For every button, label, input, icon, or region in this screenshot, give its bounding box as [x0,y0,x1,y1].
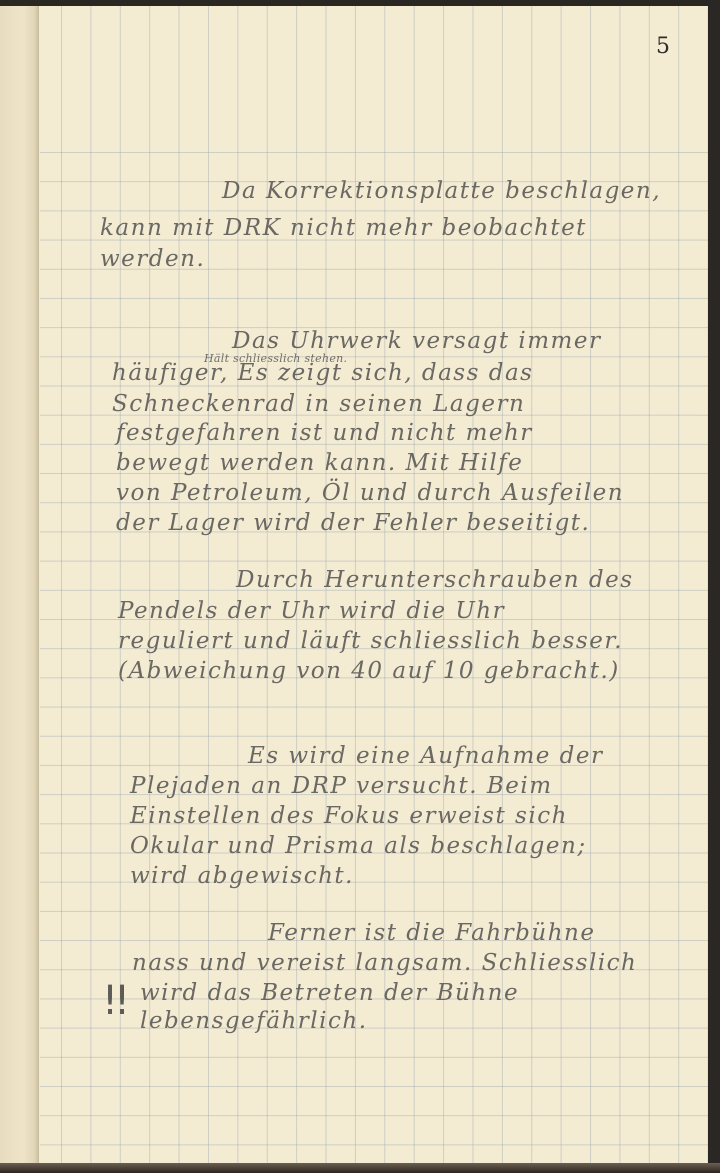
handwritten-line: Einstellen des Fokus erweist sich [130,803,568,829]
handwritten-line: wird abgewischt. [130,863,354,889]
handwritten-line: werden. [100,246,205,272]
handwritten-line: Pendels der Uhr wird die Uhr [118,598,505,624]
handwritten-line: Plejaden an DRP versucht. Beim [130,773,553,799]
page-binding-edge [0,6,39,1164]
handwritten-line: Okular und Prisma als beschlagen; [130,833,587,859]
handwritten-line: lebensgefährlich. [140,1008,368,1034]
handwritten-line: kann mit DRK nicht mehr beobachtet [100,215,587,241]
bottom-page-edge [0,1163,720,1173]
notebook-page: 5 Da Korrektionsplatte beschlagen, kann … [0,6,708,1164]
handwritten-line: Da Korrektionsplatte beschlagen, [222,178,661,204]
top-margin [40,6,708,152]
handwritten-line: der Lager wird der Fehler beseitigt. [116,510,590,536]
margin-exclamation-marks: !! [102,978,126,1024]
handwritten-line: Schneckenrad in seinen Lagern [112,391,525,417]
handwritten-line: Ferner ist die Fahrbühne [268,920,595,946]
right-page-edge [708,0,720,1173]
handwritten-line: nass und vereist langsam. Schliesslich [132,950,637,976]
handwritten-line: reguliert und läuft schliesslich besser. [118,628,623,654]
page-number: 5 [656,34,670,59]
handwritten-line: Das Uhrwerk versagt immer [232,328,601,354]
handwritten-line: wird das Betreten der Bühne [140,980,519,1006]
handwritten-line: (Abweichung von 40 auf 10 gebracht.) [118,658,620,684]
handwritten-line: häufiger, Es zeigt sich, dass das [112,360,533,386]
handwritten-line: bewegt werden kann. Mit Hilfe [116,450,523,476]
handwritten-line: von Petroleum, Öl und durch Ausfeilen [116,480,624,506]
handwritten-line: festgefahren ist und nicht mehr [116,420,533,446]
handwritten-line: Durch Herunterschrauben des [236,567,634,593]
handwritten-line: Es wird eine Aufnahme der [248,743,604,769]
